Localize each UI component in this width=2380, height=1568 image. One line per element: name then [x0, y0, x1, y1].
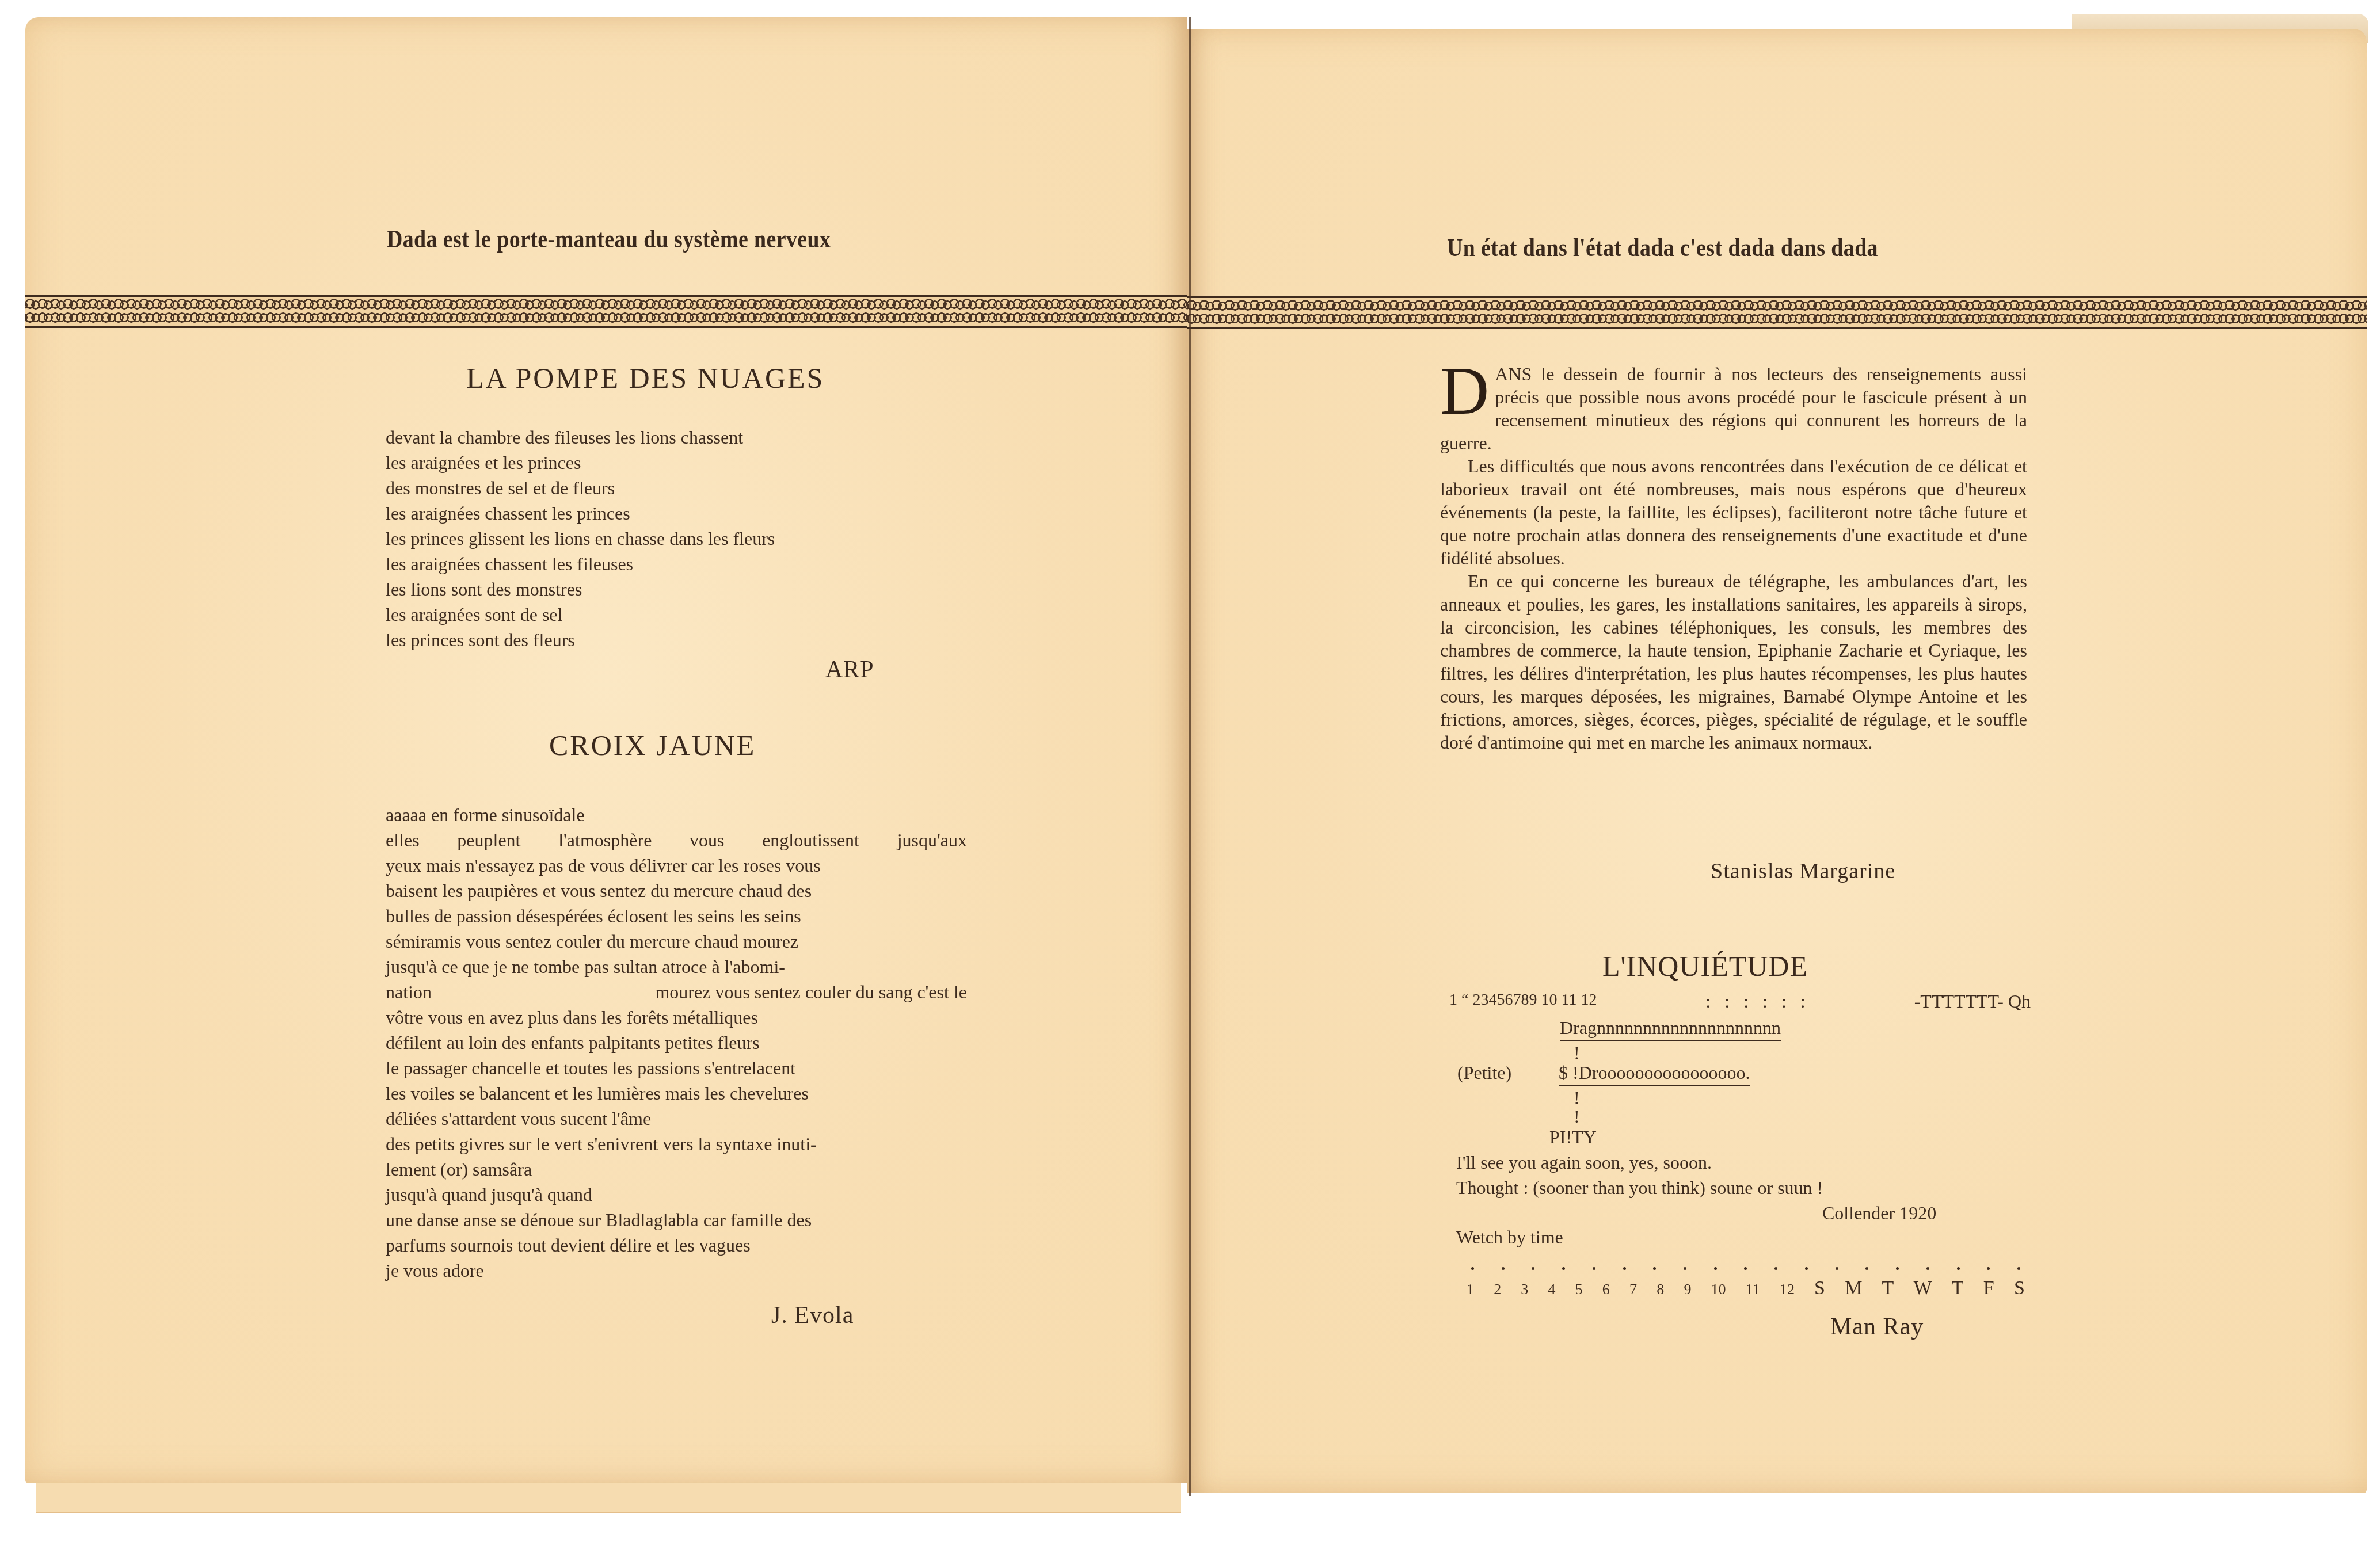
magazine-spread: Dada est le porte-manteau du système ner…	[0, 0, 2380, 1568]
poem-title-inquietude: L'INQUIÉTUDE	[1602, 949, 1808, 983]
poem-line: sémiramis vous sentez couler du mercure …	[386, 929, 967, 954]
poem-line: jusqu'à ce que je ne tombe pas sultan at…	[386, 954, 967, 979]
poem-line: je vous adore	[386, 1258, 967, 1283]
author-margarine: Stanislas Margarine	[1711, 859, 1895, 884]
poem-line: yeux mais n'essayez pas de vous délivrer…	[386, 853, 967, 878]
poem-line: défilent au loin des enfants palpitants …	[386, 1030, 967, 1055]
time-scale: 1 2 3 4 5 6 7 8 9 10 11 12 S M T W T F S	[1467, 1277, 2025, 1299]
inquietude-line: I'll see you again soon, yes, sooon.	[1456, 1152, 1712, 1173]
poem-line: des petits givres sur le vert s'enivrent…	[386, 1131, 967, 1157]
article-paragraph: Les difficultés que nous avons rencontré…	[1440, 455, 2027, 570]
author-evola: J. Evola	[771, 1302, 854, 1329]
article-paragraph: En ce qui concerne les bureaux de télégr…	[1440, 570, 2027, 754]
poem-line: vôtre vous en avez plus dans les forêts …	[386, 1005, 967, 1030]
article-paragraph: DANS le dessein de fournir à nos lecteur…	[1440, 363, 2027, 455]
poem-line: déliées s'attardent vous sucent l'âme	[386, 1106, 967, 1131]
inquietude-bang: !	[1574, 1106, 1580, 1127]
ornamental-band	[25, 295, 1187, 328]
poem-line: baisent les paupières et vous sentez du …	[386, 878, 967, 903]
poem-line: les araignées chassent les fileuses	[386, 551, 775, 577]
inquietude-drag: Dragnnnnnnnnnnnnnnnnnnnn	[1560, 1017, 1781, 1041]
poem-line: mourez vous sentez couler du sang c'est …	[655, 979, 967, 1005]
ornamental-band	[1187, 296, 2367, 329]
poem-croix-body: aaaaa en forme sinusoïdale elles peuplen…	[386, 802, 967, 1283]
book-gutter	[1189, 17, 1191, 1496]
inquietude-watch: Wetch by time	[1456, 1227, 1563, 1248]
poem-line: elles peuplent l'atmosphère vous englout…	[386, 827, 967, 853]
inquietude-collender: Collender 1920	[1822, 1203, 1936, 1224]
poem-line-split: nation mourez vous sentez couler du sang…	[386, 979, 967, 1005]
poem-line: bulles de passion désespérées éclosent l…	[386, 903, 967, 929]
poem-pompe-body: devant la chambre des fileuses les lions…	[386, 425, 775, 653]
poem-line: parfums sournois tout devient délire et …	[386, 1233, 967, 1258]
poem-line: jusqu'à quand jusqu'à quand	[386, 1182, 967, 1207]
poem-line: lement (or) samsâra	[386, 1157, 967, 1182]
inquietude-droo: $ !Droooooooooooooooo.	[1559, 1062, 1750, 1086]
author-arp: ARP	[825, 656, 874, 684]
poem-line: des monstres de sel et de fleurs	[386, 475, 775, 501]
poem-line: les araignées sont de sel	[386, 602, 775, 627]
drop-cap: D	[1440, 365, 1489, 418]
poem-line: aaaaa en forme sinusoïdale	[386, 802, 967, 827]
author-man-ray: Man Ray	[1830, 1313, 1924, 1341]
poem-line: nation	[386, 979, 432, 1005]
article-body: DANS le dessein de fournir à nos lecteur…	[1440, 363, 2027, 754]
poem-line: les voiles se balancent et les lumières …	[386, 1081, 967, 1106]
poem-line: le passager chancelle et toutes les pass…	[386, 1055, 967, 1081]
inquietude-bang: !	[1574, 1043, 1580, 1064]
poem-line: une danse anse se dénoue sur Bladlaglabl…	[386, 1207, 967, 1233]
time-dots	[1471, 1267, 2020, 1270]
right-page: Un état dans l'état dada c'est dada dans…	[1187, 29, 2367, 1493]
poem-title-pompe: LA POMPE DES NUAGES	[466, 361, 824, 395]
left-page: Dada est le porte-manteau du système ner…	[25, 17, 1187, 1483]
inquietude-line: Thought : (sooner than you think) soune …	[1456, 1177, 1823, 1199]
poem-line: devant la chambre des fileuses les lions…	[386, 425, 775, 450]
inquietude-pity: PI!TY	[1549, 1127, 1597, 1148]
running-head-right: Un état dans l'état dada c'est dada dans…	[1447, 233, 1878, 262]
poem-line: les araignées et les princes	[386, 450, 775, 475]
inquietude-petite: (Petite)	[1457, 1062, 1511, 1084]
poem-line: les princes glissent les lions en chasse…	[386, 526, 775, 551]
poem-line: les princes sont des fleurs	[386, 627, 775, 653]
poem-line: les araignées chassent les princes	[386, 501, 775, 526]
inquietude-row-numbers: 1 “ 23456789 10 11 12 : : : : : : -TTTTT…	[1449, 991, 2031, 1012]
poem-title-croix: CROIX JAUNE	[549, 728, 756, 762]
running-head-left: Dada est le porte-manteau du système ner…	[387, 224, 831, 254]
poem-line: les lions sont des monstres	[386, 577, 775, 602]
